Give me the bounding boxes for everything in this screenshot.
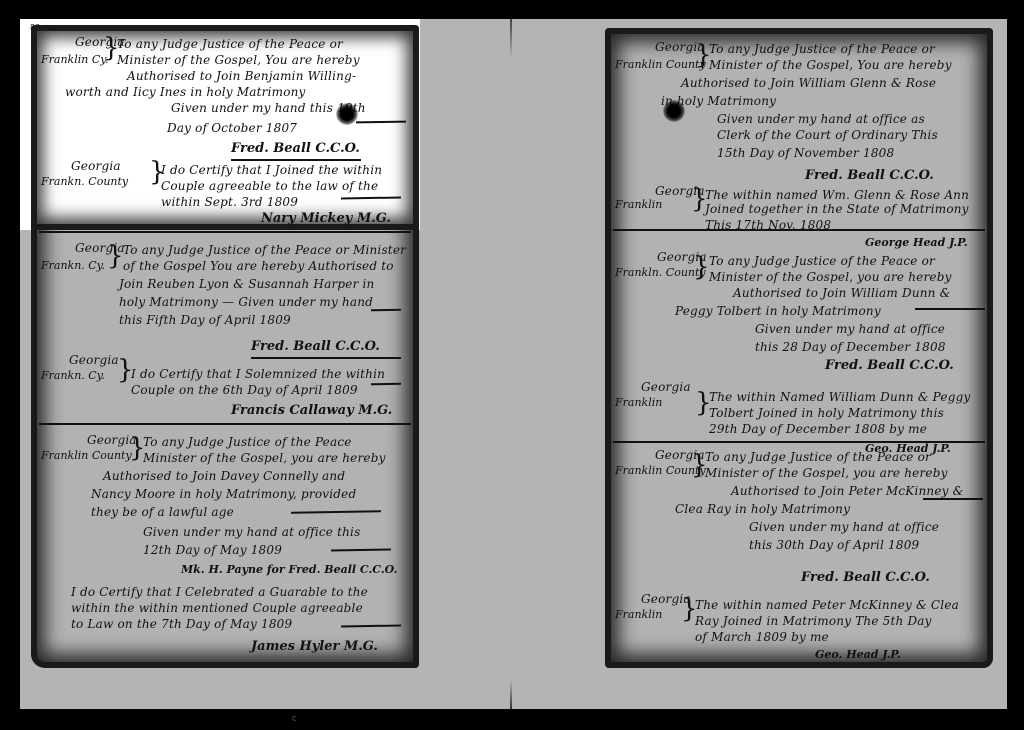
entry-divider xyxy=(39,231,411,233)
return-text-line: within Sept. 3rd 1809 xyxy=(161,195,298,209)
clerk-signature: Fred. Beall C.C.O. xyxy=(251,339,380,354)
entry-text-line: Clea Ray in holy Matrimony xyxy=(675,502,850,516)
register-entry: Georgia Franklin County } To any Judge J… xyxy=(31,427,419,667)
ink-rule xyxy=(251,357,401,359)
ink-blot xyxy=(336,103,358,125)
entry-text-line: Given under my hand at office xyxy=(749,520,939,534)
entry-text-line: Authorised to Join William Dunn & xyxy=(733,286,951,300)
entry-text-line: Nancy Moore in holy Matrimony, provided xyxy=(91,487,356,501)
entry-text-line: Given under my hand at office this xyxy=(143,525,360,539)
return-text-line: of March 1809 by me xyxy=(695,630,829,644)
brace-icon: } xyxy=(693,254,710,280)
entry-text-line: Given under my hand at office xyxy=(755,322,945,336)
register-entry: Georgia Franklin County } To any Judge J… xyxy=(605,28,993,233)
entry-county: Franklin County xyxy=(41,449,132,462)
ink-rule xyxy=(331,548,391,551)
entry-text-line: holy Matrimony — Given under my hand xyxy=(119,295,373,309)
ink-rule xyxy=(231,159,361,161)
return-county: Franklin xyxy=(615,198,662,211)
entry-text-line: Given under my hand at office as xyxy=(717,112,925,126)
return-county: Franklin xyxy=(615,396,662,409)
entry-text-line: they be of a lawful age xyxy=(91,505,234,519)
entry-text-line: this Fifth Day of April 1809 xyxy=(119,313,291,327)
register-entry: Georgia Frankln. County } To any Judge J… xyxy=(605,250,993,430)
ink-rule xyxy=(341,196,401,199)
brace-icon: } xyxy=(107,243,124,269)
entry-text-line: Authorised to Join William Glenn & Rose xyxy=(681,76,936,90)
return-text-line: within the within mentioned Couple agree… xyxy=(71,601,363,615)
entry-text-line: Peggy Tolbert in holy Matrimony xyxy=(675,304,881,318)
entry-text-line: To any Judge Justice of the Peace or xyxy=(709,254,935,268)
entry-text-line: Clerk of the Court of Ordinary This xyxy=(717,128,938,142)
return-state: Georgia xyxy=(71,159,121,173)
register-entry: Georgia Franklin County } To any Judge J… xyxy=(605,446,993,666)
entry-text-line: Minister of the Gospel, you are hereby xyxy=(709,270,952,284)
entry-text-line: Authorised to Join Peter McKinney & xyxy=(731,484,964,498)
footer-mark: c xyxy=(292,714,297,724)
clerk-signature: Fred. Beall C.C.O. xyxy=(825,358,954,373)
entry-text-line: this 28 Day of December 1808 xyxy=(755,340,946,354)
register-entry: Georgia Franklin Cy. } To any Judge Just… xyxy=(31,25,419,230)
entry-county: Franklin Cy. xyxy=(41,53,108,66)
return-text-line: Couple agreeable to the law of the xyxy=(161,179,378,193)
right-page: Georgia Franklin County } To any Judge J… xyxy=(605,28,993,668)
clerk-signature: Fred. Beall C.C.O. xyxy=(801,570,930,585)
ink-rule xyxy=(923,498,983,500)
entry-divider xyxy=(613,441,985,443)
entry-text-line: Day of October 1807 xyxy=(167,121,297,135)
ink-rule xyxy=(341,624,401,627)
entry-text-line: this 30th Day of April 1809 xyxy=(749,538,919,552)
gutter-crease-bottom xyxy=(510,680,512,709)
entry-text-line: Authorised to Join Benjamin Willing- xyxy=(127,69,356,83)
clerk-signature: Fred. Beall C.C.O. xyxy=(231,141,360,156)
justice-signature: George Head J.P. xyxy=(865,236,968,249)
return-text-line: Ray Joined in Matrimony The 5th Day xyxy=(695,614,932,628)
entry-county: Franklin County xyxy=(615,58,706,71)
justice-signature: Geo. Head J.P. xyxy=(815,648,901,661)
return-text-line: 29th Day of December 1808 by me xyxy=(709,422,927,436)
entry-text-line: 15th Day of November 1808 xyxy=(717,146,894,160)
return-text-line: The within Named William Dunn & Peggy xyxy=(709,390,970,404)
entry-text-line: worth and Iicy Ines in holy Matrimony xyxy=(65,85,306,99)
ink-rule xyxy=(356,121,406,124)
left-page: Georgia Franklin Cy. } To any Judge Just… xyxy=(31,25,419,668)
ink-rule xyxy=(291,510,381,514)
clerk-signature: Mk. H. Payne for Fred. Beall C.C.O. xyxy=(181,563,397,576)
return-text-line: I do Certify that I Celebrated a Guarabl… xyxy=(71,585,368,599)
ink-blot xyxy=(663,100,685,122)
entry-text-line: To any Judge Justice of the Peace or xyxy=(117,37,343,51)
return-text-line: I do Certify that I Joined the within xyxy=(161,163,382,177)
entry-divider xyxy=(613,229,985,231)
entry-text-line: Minister of the Gospel, You are hereby xyxy=(709,58,952,72)
document-viewer: 83 Georgia Franklin Cy. } To any Judge J… xyxy=(0,0,1024,730)
minister-signature: James Hyler M.G. xyxy=(251,639,378,654)
clerk-signature: Fred. Beall C.C.O. xyxy=(805,168,934,183)
entry-text-line: 12th Day of May 1809 xyxy=(143,543,282,557)
entry-text-line: Minister of the Gospel, You are hereby xyxy=(117,53,360,67)
entry-text-line: To any Judge Justice of the Peace or Min… xyxy=(123,243,406,257)
minister-signature: Nary Mickey M.G. xyxy=(261,211,391,226)
entry-text-line: Join Reuben Lyon & Susannah Harper in xyxy=(119,277,374,291)
return-county: Frankn. Cy. xyxy=(41,369,105,382)
register-entry: Georgia Frankn. Cy. } To any Judge Justi… xyxy=(31,235,419,425)
minister-signature: Francis Callaway M.G. xyxy=(231,403,392,418)
return-state: Georgia xyxy=(69,353,119,367)
return-text-line: Couple on the 6th Day of April 1809 xyxy=(131,383,358,397)
return-county: Franklin xyxy=(615,608,662,621)
entry-county: Frankn. Cy. xyxy=(41,259,105,272)
ink-rule xyxy=(371,309,401,312)
entry-text-line: To any Judge Justice of the Peace xyxy=(143,435,352,449)
ink-rule xyxy=(371,383,401,386)
entry-text-line: Minister of the Gospel, you are hereby xyxy=(705,466,948,480)
entry-text-line: of the Gospel You are hereby Authorised … xyxy=(123,259,394,273)
return-text-line: Tolbert Joined in holy Matrimony this xyxy=(709,406,944,420)
return-text-line: Joined together in the State of Matrimon… xyxy=(705,202,969,216)
return-text-line: I do Certify that I Solemnized the withi… xyxy=(131,367,385,381)
return-text-line: The within named Peter McKinney & Clea xyxy=(695,598,959,612)
return-county: Frankn. County xyxy=(41,175,128,188)
return-text-line: The within named Wm. Glenn & Rose Ann xyxy=(705,188,969,202)
entry-text-line: Minister of the Gospel, you are hereby xyxy=(143,451,386,465)
gutter-crease-top xyxy=(510,19,512,59)
entry-text-line: To any Judge Justice of the Peace or xyxy=(705,450,931,464)
return-state: Georgia xyxy=(641,380,691,394)
ink-rule xyxy=(915,308,985,310)
entry-divider xyxy=(39,423,411,425)
entry-text-line: To any Judge Justice of the Peace or xyxy=(709,42,935,56)
return-text-line: to Law on the 7th Day of May 1809 xyxy=(71,617,292,631)
entry-text-line: Authorised to Join Davey Connelly and xyxy=(103,469,345,483)
